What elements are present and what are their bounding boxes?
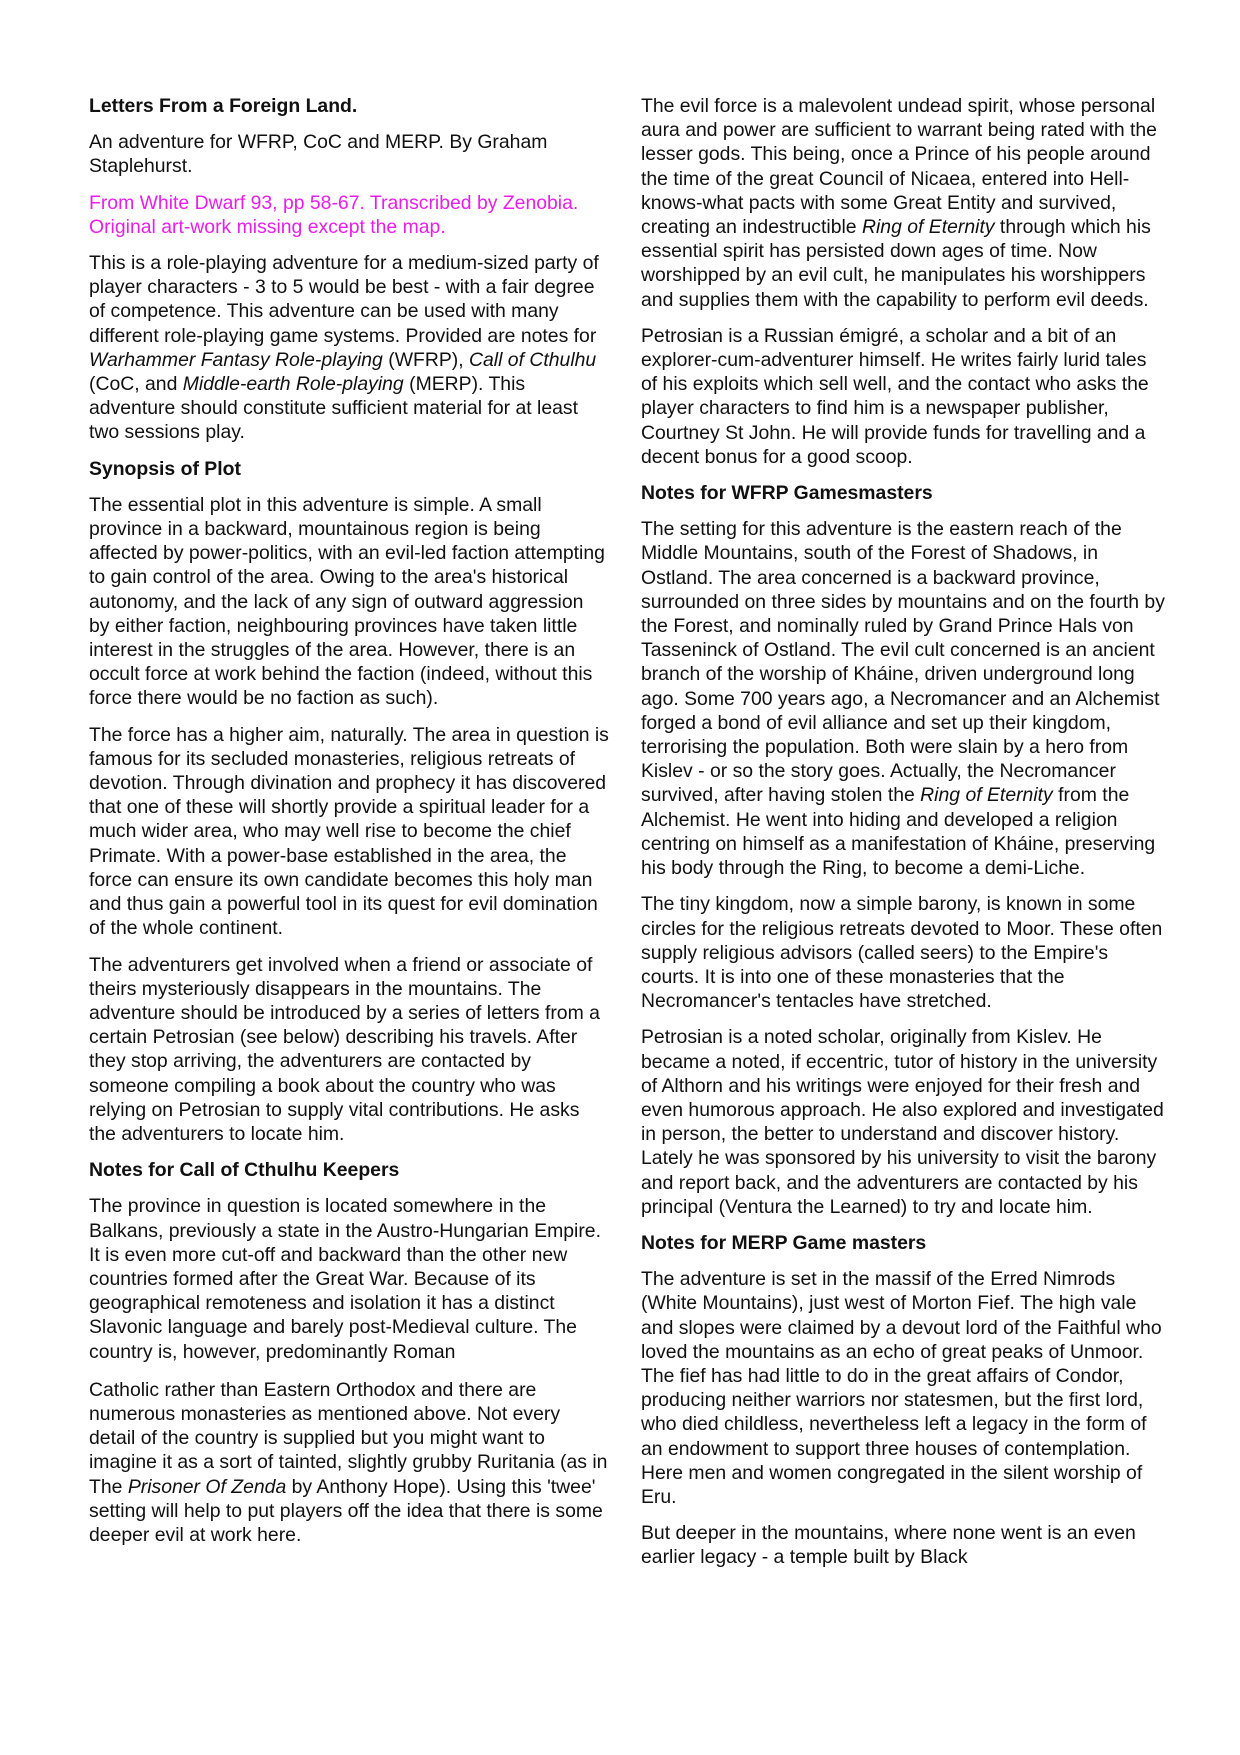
ring-of-eternity: Ring of Eternity — [862, 216, 995, 238]
coc-paragraph-1: The province in question is located some… — [89, 1194, 609, 1363]
document-page: Letters From a Foreign Land. An adventur… — [0, 0, 1240, 1755]
coc-paragraph-2: Catholic rather than Eastern Orthodox an… — [89, 1378, 609, 1547]
title-coc: Call of Cthulhu — [469, 349, 596, 371]
document-title: Letters From a Foreign Land. — [89, 94, 609, 118]
synopsis-heading: Synopsis of Plot — [89, 457, 609, 481]
left-column: Letters From a Foreign Land. An adventur… — [89, 94, 609, 1559]
coc-paragraph-4: Petrosian is a Russian émigré, a scholar… — [641, 324, 1166, 469]
title-wfrp: Warhammer Fantasy Role-playing — [89, 349, 383, 371]
coc-heading: Notes for Call of Cthulhu Keepers — [89, 1158, 609, 1182]
merp-paragraph-1: The adventure is set in the massif of th… — [641, 1267, 1166, 1509]
coc-paragraph-3: The evil force is a malevolent undead sp… — [641, 94, 1166, 312]
merp-paragraph-2: But deeper in the mountains, where none … — [641, 1521, 1166, 1569]
synopsis-paragraph-2: The force has a higher aim, naturally. T… — [89, 723, 609, 941]
byline: An adventure for WFRP, CoC and MERP. By … — [89, 130, 609, 178]
intro-paragraph: This is a role-playing adventure for a m… — [89, 251, 609, 445]
source-note: From White Dwarf 93, pp 58-67. Transcrib… — [89, 191, 609, 239]
wfrp-paragraph-1: The setting for this adventure is the ea… — [641, 517, 1166, 880]
right-column: The evil force is a malevolent undead sp… — [641, 94, 1166, 1582]
ring-of-eternity: Ring of Eternity — [920, 784, 1053, 806]
merp-heading: Notes for MERP Game masters — [641, 1231, 1166, 1255]
wfrp-paragraph-2: The tiny kingdom, now a simple barony, i… — [641, 892, 1166, 1013]
title-merp: Middle-earth Role-playing — [183, 373, 404, 395]
wfrp-paragraph-3: Petrosian is a noted scholar, originally… — [641, 1025, 1166, 1219]
title-prisoner-of-zenda: Prisoner Of Zenda — [128, 1476, 286, 1498]
synopsis-paragraph-3: The adventurers get involved when a frie… — [89, 953, 609, 1147]
synopsis-paragraph-1: The essential plot in this adventure is … — [89, 493, 609, 711]
wfrp-heading: Notes for WFRP Gamesmasters — [641, 481, 1166, 505]
